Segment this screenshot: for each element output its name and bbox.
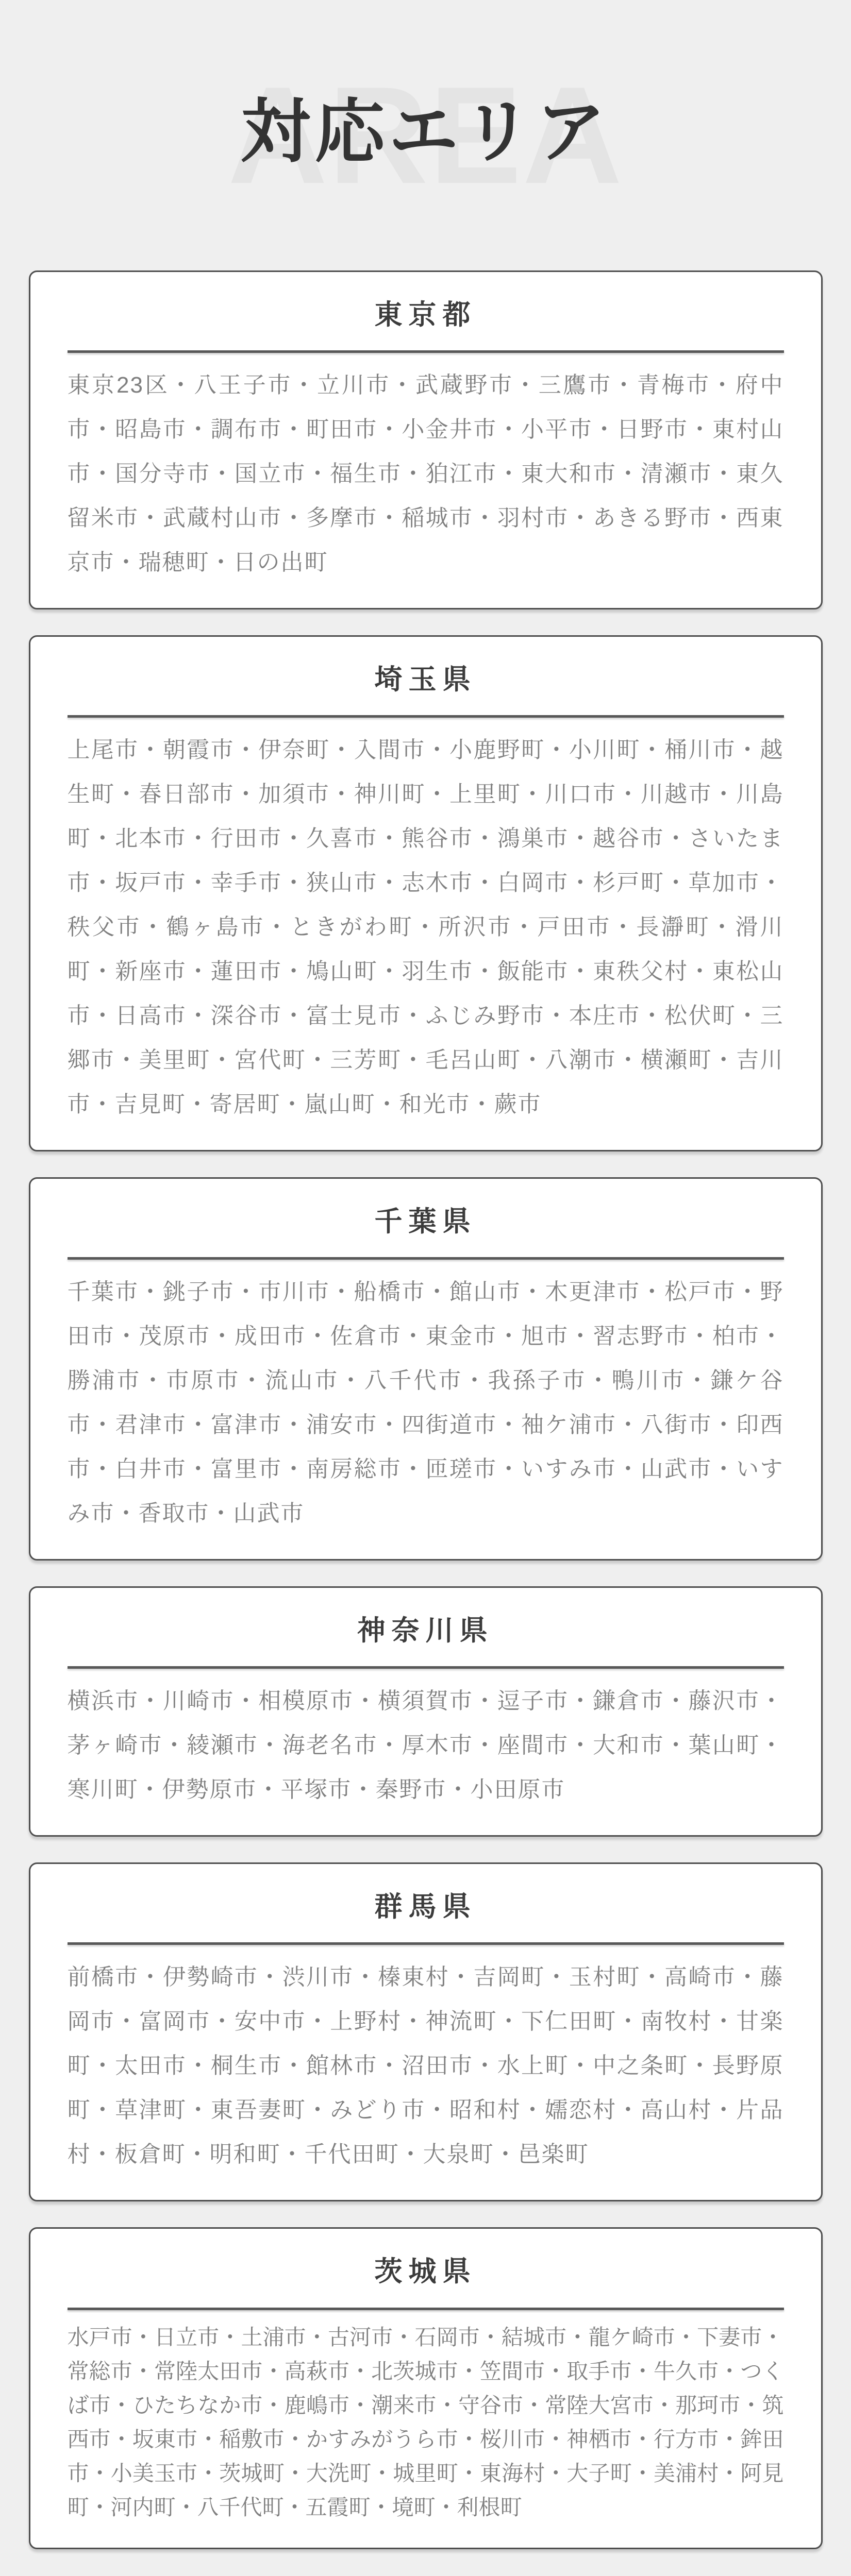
- area-list: 横浜市・川崎市・相模原市・横須賀市・逗子市・鎌倉市・藤沢市・茅ヶ崎市・綾瀬市・海…: [68, 1679, 784, 1812]
- card-divider: [68, 1666, 784, 1669]
- prefecture-card-kanagawa: 神奈川県 横浜市・川崎市・相模原市・横須賀市・逗子市・鎌倉市・藤沢市・茅ヶ崎市・…: [29, 1586, 823, 1837]
- page-title: 対応エリア: [0, 97, 851, 166]
- prefecture-card-gunma: 群馬県 前橋市・伊勢崎市・渋川市・榛東村・吉岡町・玉村町・高崎市・藤岡市・富岡市…: [29, 1862, 823, 2201]
- prefecture-card-list: 東京都 東京23区・八王子市・立川市・武蔵野市・三鷹市・青梅市・府中市・昭島市・…: [0, 270, 851, 2549]
- card-title: 神奈川県: [68, 1615, 784, 1647]
- card-title: 埼玉県: [68, 664, 784, 696]
- card-title: 茨城県: [68, 2256, 784, 2287]
- area-list: 前橋市・伊勢崎市・渋川市・榛東村・吉岡町・玉村町・高崎市・藤岡市・富岡市・安中市…: [68, 1955, 784, 2177]
- card-title: 群馬県: [68, 1891, 784, 1923]
- area-list: 千葉市・銚子市・市川市・船橋市・館山市・木更津市・松戸市・野田市・茂原市・成田市…: [68, 1270, 784, 1536]
- area-list: 東京23区・八王子市・立川市・武蔵野市・三鷹市・青梅市・府中市・昭島市・調布市・…: [68, 363, 784, 585]
- page-header: AREA 対応エリア: [0, 0, 851, 270]
- card-divider: [68, 1257, 784, 1260]
- prefecture-card-chiba: 千葉県 千葉市・銚子市・市川市・船橋市・館山市・木更津市・松戸市・野田市・茂原市…: [29, 1177, 823, 1561]
- card-divider: [68, 1942, 784, 1945]
- area-list: 水戸市・日立市・土浦市・古河市・石岡市・結城市・龍ケ崎市・下妻市・常総市・常陸太…: [68, 2320, 784, 2524]
- card-divider: [68, 350, 784, 353]
- card-title: 千葉県: [68, 1206, 784, 1238]
- card-title: 東京都: [68, 299, 784, 331]
- area-list: 上尾市・朝霞市・伊奈町・入間市・小鹿野町・小川町・桶川市・越生町・春日部市・加須…: [68, 728, 784, 1127]
- prefecture-card-saitama: 埼玉県 上尾市・朝霞市・伊奈町・入間市・小鹿野町・小川町・桶川市・越生町・春日部…: [29, 635, 823, 1151]
- service-area-page: AREA 対応エリア 東京都 東京23区・八王子市・立川市・武蔵野市・三鷹市・青…: [0, 0, 851, 2576]
- card-divider: [68, 715, 784, 718]
- prefecture-card-tokyo: 東京都 東京23区・八王子市・立川市・武蔵野市・三鷹市・青梅市・府中市・昭島市・…: [29, 270, 823, 609]
- card-divider: [68, 2308, 784, 2310]
- prefecture-card-ibaraki: 茨城県 水戸市・日立市・土浦市・古河市・石岡市・結城市・龍ケ崎市・下妻市・常総市…: [29, 2227, 823, 2549]
